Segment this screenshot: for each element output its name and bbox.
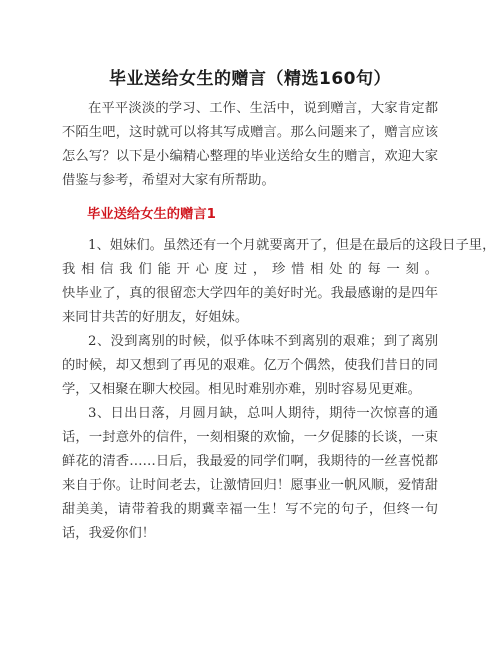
document-page: 毕业送给女生的赠言（精选160句） 在平平淡淡的学习、工作、生活中，说到赠言，大…	[0, 0, 500, 647]
item-1-line-1: 1、姐妹们。虽然还有一个月就要离开了，但是在最后的这段日子里，	[62, 234, 438, 258]
section-heading: 毕业送给女生的赠言1	[87, 203, 216, 222]
item-1-rest: 快毕业了，真的很留恋大学四年的美好时光。我最感谢的是四年来同甘共苦的好朋友，好姐…	[62, 282, 438, 330]
page-title: 毕业送给女生的赠言（精选160句）	[0, 64, 500, 89]
intro-paragraph: 在平平淡淡的学习、工作、生活中，说到赠言，大家肯定都不陌生吧，这时就可以将其写成…	[62, 97, 438, 193]
item-1-paragraph: 1、姐妹们。虽然还有一个月就要离开了，但是在最后的这段日子里， 我相信我们能开心…	[62, 234, 438, 330]
item-2-paragraph: 2、没到离别的时候，似乎体味不到离别的艰难；到了离别的时候，却又想到了再见的艰难…	[62, 330, 438, 402]
item-1-line-2: 我相信我们能开心度过，珍惜相处的每一刻。	[62, 258, 438, 282]
item-3-paragraph: 3、日出日落，月圆月缺，总叫人期待，期待一次惊喜的通话，一封意外的信件，一刻相聚…	[62, 402, 438, 546]
